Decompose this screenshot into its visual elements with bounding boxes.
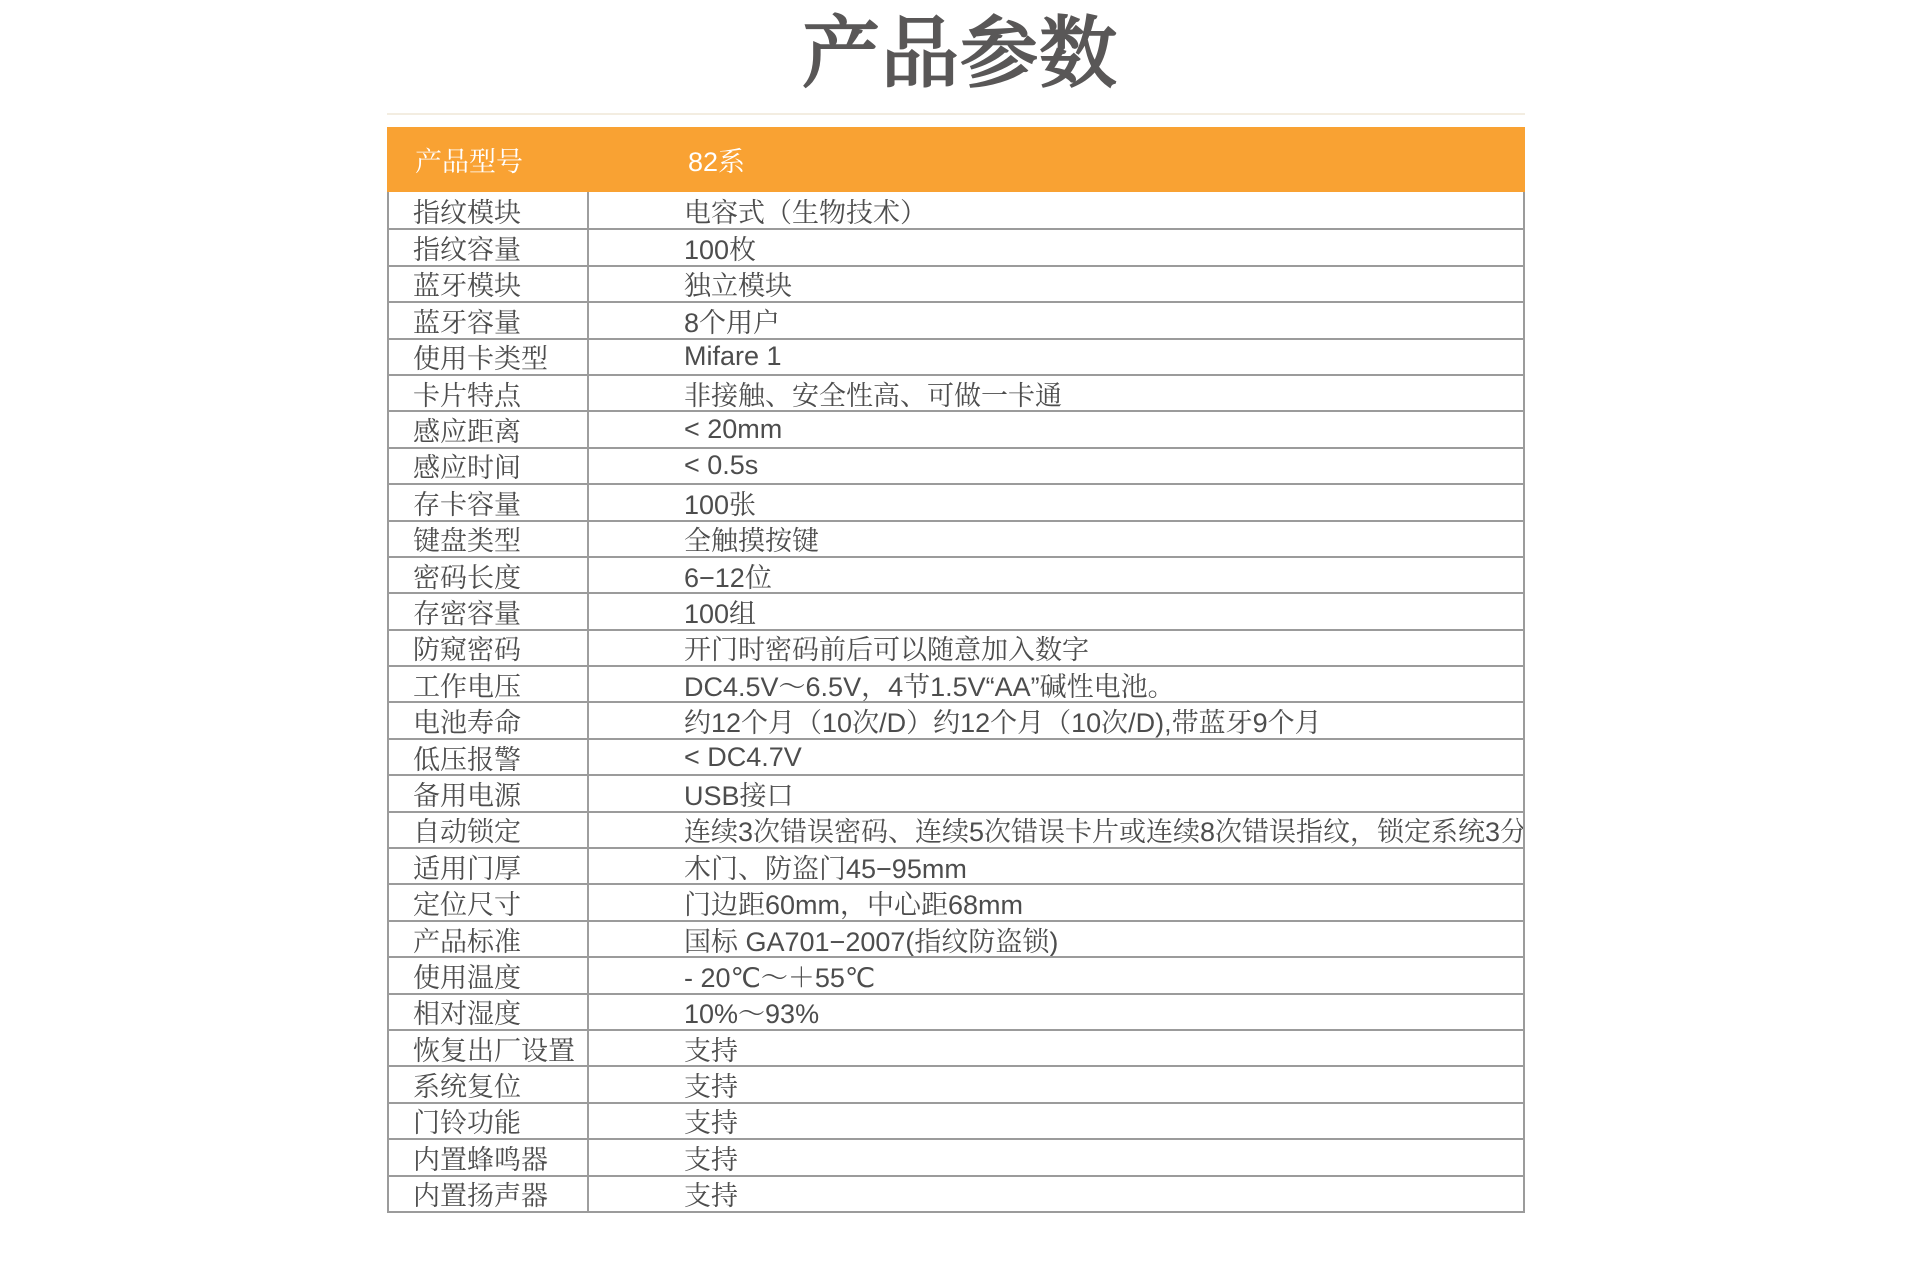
spec-value: 连续3次错误密码、连续5次错误卡片或连续8次错误指纹，锁定系统3分钟。 <box>589 813 1523 847</box>
spec-label: 自动锁定 <box>389 813 589 847</box>
spec-value: 支持 <box>589 1104 1523 1138</box>
spec-label: 适用门厚 <box>389 849 589 883</box>
table-row: 感应距离 < 20mm <box>389 410 1523 446</box>
spec-value: 支持 <box>589 1067 1523 1101</box>
spec-value: Mifare 1 <box>589 340 1523 374</box>
spec-value: < 0.5s <box>589 449 1523 483</box>
spec-value: 门边距60mm，中心距68mm <box>589 885 1523 919</box>
spec-value: 100枚 <box>589 230 1523 264</box>
spec-label: 防窥密码 <box>389 631 589 665</box>
spec-label: 产品标准 <box>389 922 589 956</box>
table-row: 蓝牙模块 独立模块 <box>389 265 1523 301</box>
table-row: 产品标准 国标 GA701−2007(指纹防盗锁) <box>389 920 1523 956</box>
spec-label: 内置扬声器 <box>389 1177 589 1211</box>
spec-label: 电池寿命 <box>389 703 589 737</box>
spec-label: 存密容量 <box>389 594 589 628</box>
spec-label: 存卡容量 <box>389 485 589 519</box>
spec-value: 100张 <box>589 485 1523 519</box>
table-row: 相对湿度 10%～93% <box>389 993 1523 1029</box>
spec-value: 支持 <box>589 1140 1523 1174</box>
table-row: 内置蜂鸣器 支持 <box>389 1138 1523 1174</box>
spec-label: 使用卡类型 <box>389 340 589 374</box>
spec-value: < 20mm <box>589 412 1523 446</box>
spec-label: 蓝牙模块 <box>389 267 589 301</box>
spec-value: 支持 <box>589 1177 1523 1211</box>
table-row: 适用门厚 木门、防盗门45−95mm <box>389 847 1523 883</box>
spec-value: USB接口 <box>589 776 1523 810</box>
table-row: 工作电压 DC4.5V～6.5V，4节1.5V“AA”碱性电池。 <box>389 665 1523 701</box>
spec-label: 感应时间 <box>389 449 589 483</box>
spec-label: 使用温度 <box>389 958 589 992</box>
table-row: 恢复出厂设置 支持 <box>389 1029 1523 1065</box>
spec-table-body: 指纹模块 电容式（生物技术） 指纹容量 100枚 蓝牙模块 独立模块 蓝牙容量 … <box>387 192 1525 1213</box>
table-row: 自动锁定 连续3次错误密码、连续5次错误卡片或连续8次错误指纹，锁定系统3分钟。 <box>389 811 1523 847</box>
table-row: 使用温度 - 20℃～＋55℃ <box>389 956 1523 992</box>
spec-label: 指纹模块 <box>389 192 589 228</box>
spec-label: 卡片特点 <box>389 376 589 410</box>
spec-label: 指纹容量 <box>389 230 589 264</box>
header-model-label: 产品型号 <box>387 140 589 179</box>
table-row: 定位尺寸 门边距60mm，中心距68mm <box>389 883 1523 919</box>
header-top-hairline <box>387 113 1525 115</box>
spec-label: 密码长度 <box>389 558 589 592</box>
spec-label: 内置蜂鸣器 <box>389 1140 589 1174</box>
spec-label: 门铃功能 <box>389 1104 589 1138</box>
table-row: 内置扬声器 支持 <box>389 1175 1523 1211</box>
spec-value: 10%～93% <box>589 995 1523 1029</box>
spec-value: - 20℃～＋55℃ <box>589 958 1523 992</box>
spec-label: 低压报警 <box>389 740 589 774</box>
spec-value: 非接触、安全性高、可做一卡通 <box>589 376 1523 410</box>
table-row: 电池寿命 约12个月（10次/D）约12个月（10次/D),带蓝牙9个月 <box>389 701 1523 737</box>
spec-label: 系统复位 <box>389 1067 589 1101</box>
table-row: 键盘类型 全触摸按键 <box>389 520 1523 556</box>
spec-label: 蓝牙容量 <box>389 303 589 337</box>
spec-label: 工作电压 <box>389 667 589 701</box>
spec-label: 定位尺寸 <box>389 885 589 919</box>
spec-value: 独立模块 <box>589 267 1523 301</box>
page-title: 产品参数 <box>391 14 1529 92</box>
table-row: 指纹容量 100枚 <box>389 228 1523 264</box>
table-row: 低压报警 < DC4.7V <box>389 738 1523 774</box>
spec-value: 约12个月（10次/D）约12个月（10次/D),带蓝牙9个月 <box>589 703 1523 737</box>
spec-label: 感应距离 <box>389 412 589 446</box>
table-row: 感应时间 < 0.5s <box>389 447 1523 483</box>
spec-label: 备用电源 <box>389 776 589 810</box>
spec-value: 全触摸按键 <box>589 522 1523 556</box>
product-spec-table: 产品型号 82系 指纹模块 电容式（生物技术） 指纹容量 100枚 蓝牙模块 独… <box>387 127 1525 1213</box>
table-row: 指纹模块 电容式（生物技术） <box>389 192 1523 228</box>
table-row: 密码长度 6−12位 <box>389 556 1523 592</box>
spec-value: 100组 <box>589 594 1523 628</box>
table-row: 蓝牙容量 8个用户 <box>389 301 1523 337</box>
table-row: 防窥密码 开门时密码前后可以随意加入数字 <box>389 629 1523 665</box>
header-model-value: 82系 <box>589 140 1525 179</box>
spec-value: 木门、防盗门45−95mm <box>589 849 1523 883</box>
spec-value: 国标 GA701−2007(指纹防盗锁) <box>589 922 1523 956</box>
table-row: 使用卡类型 Mifare 1 <box>389 338 1523 374</box>
spec-label: 键盘类型 <box>389 522 589 556</box>
table-row: 门铃功能 支持 <box>389 1102 1523 1138</box>
table-row: 卡片特点 非接触、安全性高、可做一卡通 <box>389 374 1523 410</box>
spec-value: 6−12位 <box>589 558 1523 592</box>
spec-value: 电容式（生物技术） <box>589 192 1523 228</box>
table-row: 系统复位 支持 <box>389 1065 1523 1101</box>
spec-value: < DC4.7V <box>589 740 1523 774</box>
spec-value: DC4.5V～6.5V，4节1.5V“AA”碱性电池。 <box>589 667 1523 701</box>
spec-value: 支持 <box>589 1031 1523 1065</box>
spec-label: 恢复出厂设置 <box>389 1031 589 1065</box>
table-row: 存密容量 100组 <box>389 592 1523 628</box>
spec-value: 开门时密码前后可以随意加入数字 <box>589 631 1523 665</box>
spec-value: 8个用户 <box>589 303 1523 337</box>
table-header-row: 产品型号 82系 <box>387 127 1525 192</box>
spec-label: 相对湿度 <box>389 995 589 1029</box>
table-row: 存卡容量 100张 <box>389 483 1523 519</box>
table-row: 备用电源 USB接口 <box>389 774 1523 810</box>
